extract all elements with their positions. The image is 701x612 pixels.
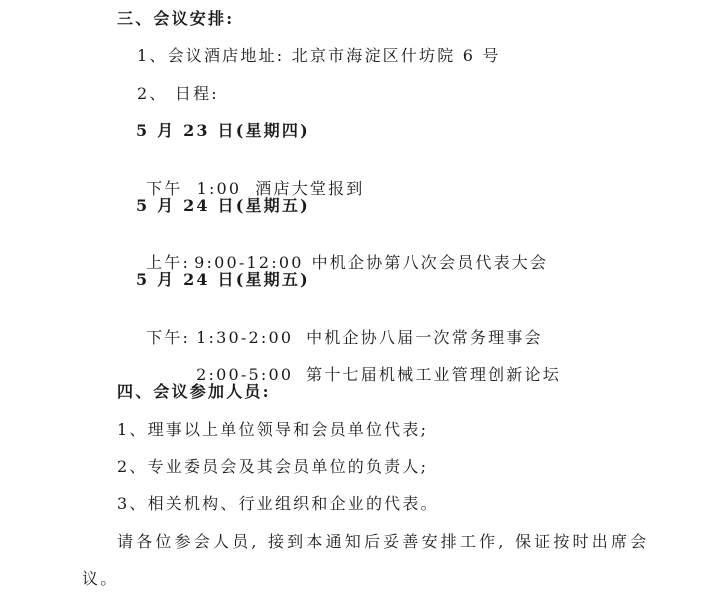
schedule-date: 5 月 24 日(星期五): [136, 270, 310, 290]
schedule-label: 2、 日程:: [137, 84, 219, 104]
entry-event: 中机企协第八次会员代表大会: [312, 253, 549, 272]
attendee-item: 3、相关机构、行业组织和企业的代表。: [117, 494, 439, 514]
section-heading-arrangements: 三、会议安排:: [117, 9, 234, 29]
closing-paragraph-end: 议。: [82, 569, 118, 589]
section-heading-attendees: 四、会议参加人员:: [117, 382, 271, 402]
closing-paragraph: 请各位参会人员, 接到本通知后妥善安排工作, 保证按时出席会: [117, 532, 649, 552]
hotel-address: 1、会议酒店地址: 北京市海淀区什坊院 6 号: [137, 46, 501, 66]
entry-event: 第十七届机械工业管理创新论坛: [306, 365, 561, 384]
attendee-item: 2、专业委员会及其会员单位的负责人;: [117, 457, 428, 477]
schedule-date: 5 月 23 日(星期四): [136, 121, 310, 141]
attendee-item: 1、理事以上单位领导和会员单位代表;: [117, 420, 428, 440]
schedule-date: 5 月 24 日(星期五): [136, 196, 310, 216]
